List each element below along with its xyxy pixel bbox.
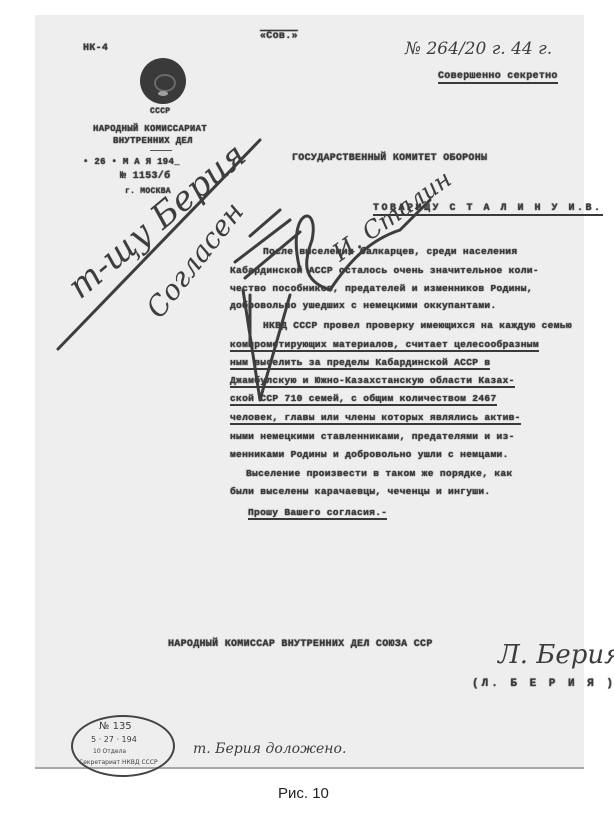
figure-caption: Рис. 10 — [278, 785, 329, 802]
handwritten-annotations: т-щу Берия Согласен И. Сталин — [0, 0, 614, 815]
stalin-signature: И. Сталин — [327, 165, 457, 268]
